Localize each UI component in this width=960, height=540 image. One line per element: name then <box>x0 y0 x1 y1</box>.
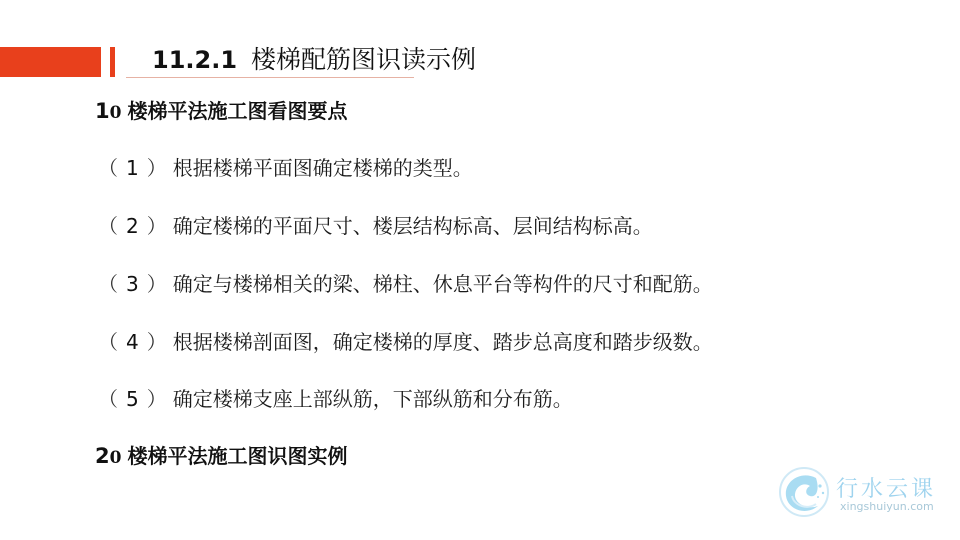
point-text: 确定楼梯的平面尺寸、楼层结构标高、层间结构标高。 <box>173 214 653 238</box>
paren-open: （ <box>98 272 118 296</box>
section-index: 1 <box>95 99 110 123</box>
point-item-4: （4）根据楼梯剖面图，确定楼梯的厚度、踏步总高度和踏步级数。 <box>98 327 713 357</box>
watermark-domain: xingshuiyun.com <box>840 500 934 513</box>
section-index-suffix: 0 <box>110 448 122 468</box>
watermark-name: 行水云课 <box>836 472 936 503</box>
point-text: 确定与楼梯相关的梁、梯柱、休息平台等构件的尺寸和配筋。 <box>173 272 713 296</box>
paren-close: ） <box>147 214 167 238</box>
point-item-3: （3）确定与楼梯相关的梁、梯柱、休息平台等构件的尺寸和配筋。 <box>98 269 713 299</box>
paren-close: ） <box>147 156 167 180</box>
section-heading-text: 楼梯平法施工图识图实例 <box>127 444 347 468</box>
paren-open: （ <box>98 330 118 354</box>
section-heading-1: 10楼梯平法施工图看图要点 <box>95 96 347 126</box>
section-index: 2 <box>95 444 110 468</box>
paren-close: ） <box>147 272 167 296</box>
point-number: 3 <box>126 272 139 296</box>
point-item-5: （5）确定楼梯支座上部纵筋，下部纵筋和分布筋。 <box>98 384 573 414</box>
paren-open: （ <box>98 214 118 238</box>
slide-title-text: 楼梯配筋图识读示例 <box>251 45 476 74</box>
title-accent-stripe <box>110 47 115 77</box>
point-number: 2 <box>126 214 139 238</box>
point-number: 4 <box>126 330 139 354</box>
point-text: 根据楼梯平面图确定楼梯的类型。 <box>173 156 473 180</box>
point-number: 1 <box>126 156 139 180</box>
slide-title: 11.2.1楼梯配筋图识读示例 <box>152 42 476 78</box>
point-number: 5 <box>126 387 139 411</box>
section-heading-text: 楼梯平法施工图看图要点 <box>127 99 347 123</box>
point-item-1: （1）根据楼梯平面图确定楼梯的类型。 <box>98 153 473 183</box>
watermark-logo: 行水云课 xingshuiyun.com <box>778 464 948 520</box>
wave-logo-icon <box>778 466 830 518</box>
paren-close: ） <box>147 387 167 411</box>
point-text: 根据楼梯剖面图，确定楼梯的厚度、踏步总高度和踏步级数。 <box>173 330 713 354</box>
paren-open: （ <box>98 387 118 411</box>
point-text: 确定楼梯支座上部纵筋，下部纵筋和分布筋。 <box>173 387 573 411</box>
title-accent-bar <box>0 47 101 77</box>
point-item-2: （2）确定楼梯的平面尺寸、楼层结构标高、层间结构标高。 <box>98 211 653 241</box>
section-index-suffix: 0 <box>110 103 122 123</box>
section-heading-2: 20楼梯平法施工图识图实例 <box>95 441 347 471</box>
paren-close: ） <box>147 330 167 354</box>
paren-open: （ <box>98 156 118 180</box>
slide-title-number: 11.2.1 <box>152 46 237 74</box>
